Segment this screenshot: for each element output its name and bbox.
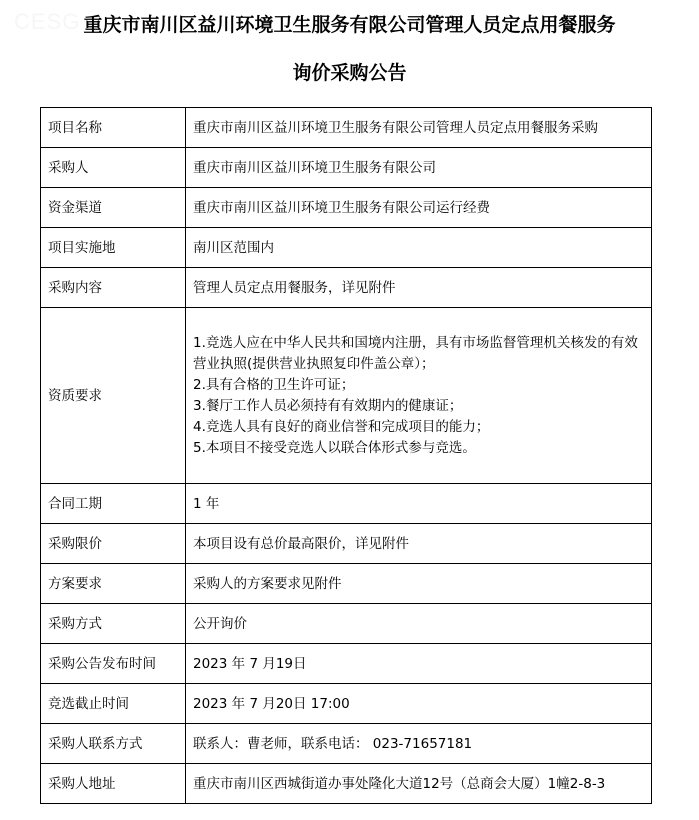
row-label: 资质要求	[41, 308, 186, 484]
qualification-item: 5.本项目不接受竞选人以联合体形式参与竞选。	[193, 438, 641, 459]
row-value: 管理人员定点用餐服务，详见附件	[186, 268, 652, 308]
row-value: 重庆市南川区西城街道办事处隆化大道12号（总商会大厦）1幢2-8-3	[186, 764, 652, 804]
row-value: 2023 年 7 月20日 17:00	[186, 684, 652, 724]
row-label: 采购公告发布时间	[41, 644, 186, 684]
table-row-procurement-method: 采购方式 公开询价	[41, 604, 652, 644]
row-value: 南川区范围内	[186, 228, 652, 268]
qualification-item: 1.竞选人应在中华人民共和国境内注册，具有市场监督管理机关核发的有效营业执照(提…	[193, 333, 641, 375]
page-title: 重庆市南川区益川环境卫生服务有限公司管理人员定点用餐服务	[0, 10, 699, 37]
table-row-project-name: 项目名称 重庆市南川区益川环境卫生服务有限公司管理人员定点用餐服务采购	[41, 108, 652, 148]
row-value: 1 年	[186, 484, 652, 524]
row-label: 合同工期	[41, 484, 186, 524]
table-row-address: 采购人地址 重庆市南川区西城街道办事处隆化大道12号（总商会大厦）1幢2-8-3	[41, 764, 652, 804]
row-label: 采购人联系方式	[41, 724, 186, 764]
row-value: 公开询价	[186, 604, 652, 644]
announcement-table: 项目名称 重庆市南川区益川环境卫生服务有限公司管理人员定点用餐服务采购 采购人 …	[40, 107, 652, 804]
row-value: 重庆市南川区益川环境卫生服务有限公司运行经费	[186, 188, 652, 228]
row-label: 采购人	[41, 148, 186, 188]
row-value: 本项目设有总价最高限价，详见附件	[186, 524, 652, 564]
table-row-content: 采购内容 管理人员定点用餐服务，详见附件	[41, 268, 652, 308]
qualification-item: 2.具有合格的卫生许可证；	[193, 375, 641, 396]
row-label: 项目名称	[41, 108, 186, 148]
table-row-price-limit: 采购限价 本项目设有总价最高限价，详见附件	[41, 524, 652, 564]
table-row-contract-period: 合同工期 1 年	[41, 484, 652, 524]
row-label: 方案要求	[41, 564, 186, 604]
row-label: 采购内容	[41, 268, 186, 308]
row-label: 采购方式	[41, 604, 186, 644]
table-row-funding: 资金渠道 重庆市南川区益川环境卫生服务有限公司运行经费	[41, 188, 652, 228]
page-subtitle: 询价采购公告	[0, 58, 699, 85]
row-value: 2023 年 7 月19日	[186, 644, 652, 684]
row-label: 竞选截止时间	[41, 684, 186, 724]
row-label: 资金渠道	[41, 188, 186, 228]
table-row-location: 项目实施地 南川区范围内	[41, 228, 652, 268]
row-value: 采购人的方案要求见附件	[186, 564, 652, 604]
qualification-item: 3.餐厅工作人员必须持有有效期内的健康证；	[193, 396, 641, 417]
table-row-deadline: 竞选截止时间 2023 年 7 月20日 17:00	[41, 684, 652, 724]
row-label: 采购限价	[41, 524, 186, 564]
table-row-contact: 采购人联系方式 联系人：曹老师，联系电话： 023-71657181	[41, 724, 652, 764]
row-value: 重庆市南川区益川环境卫生服务有限公司管理人员定点用餐服务采购	[186, 108, 652, 148]
table-row-qualifications: 资质要求 1.竞选人应在中华人民共和国境内注册，具有市场监督管理机关核发的有效营…	[41, 308, 652, 484]
row-label: 采购人地址	[41, 764, 186, 804]
qualification-item: 4.竞选人具有良好的商业信誉和完成项目的能力；	[193, 417, 641, 438]
row-value: 联系人：曹老师，联系电话： 023-71657181	[186, 724, 652, 764]
table-row-purchaser: 采购人 重庆市南川区益川环境卫生服务有限公司	[41, 148, 652, 188]
row-label: 项目实施地	[41, 228, 186, 268]
row-value: 重庆市南川区益川环境卫生服务有限公司	[186, 148, 652, 188]
table-row-plan-requirements: 方案要求 采购人的方案要求见附件	[41, 564, 652, 604]
qualification-list: 1.竞选人应在中华人民共和国境内注册，具有市场监督管理机关核发的有效营业执照(提…	[186, 308, 652, 484]
table-row-publish-date: 采购公告发布时间 2023 年 7 月19日	[41, 644, 652, 684]
